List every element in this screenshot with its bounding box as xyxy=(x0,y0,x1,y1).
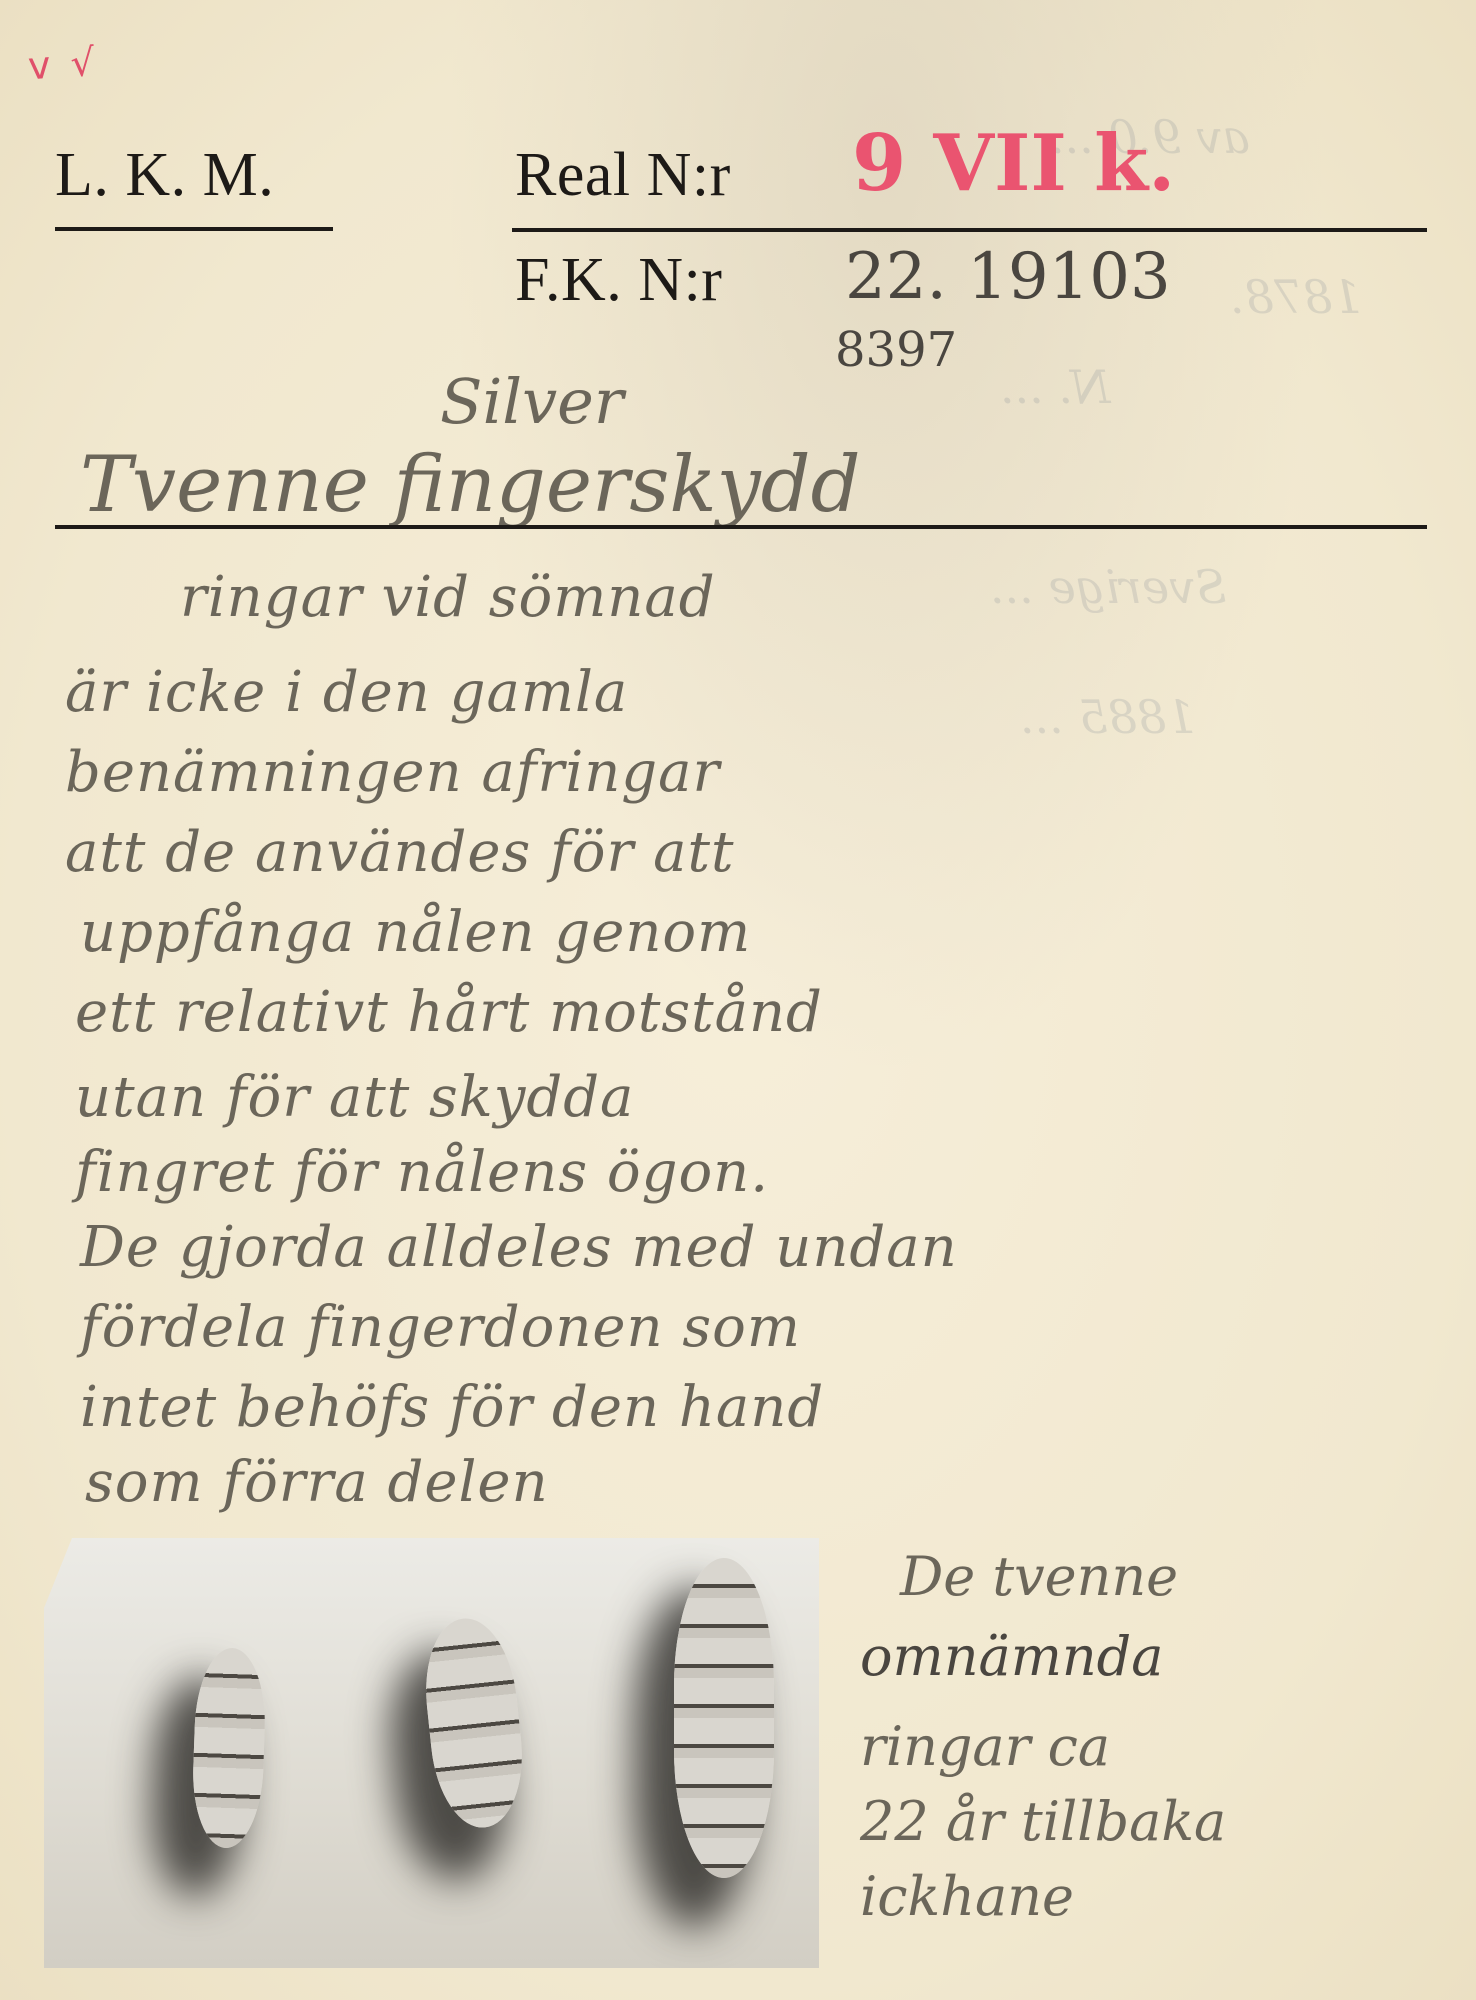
fk-nr-value: 22. 19103 xyxy=(845,240,1171,314)
bleed-through-text: 1885 ... xyxy=(1020,690,1196,744)
body-line: att de användes för att xyxy=(65,820,734,885)
body-line: ett relativt hårt motstånd xyxy=(75,980,823,1045)
body-line: benämningen afringar xyxy=(65,740,720,805)
body-line: ringar vid sömnad xyxy=(180,565,716,630)
catalogue-card: v √ av 9.0 ... 1878. N. ... Sverige ... … xyxy=(0,0,1476,2000)
bleed-through-text: Sverige ... xyxy=(990,560,1227,614)
material-heading: Silver xyxy=(440,365,624,438)
fk-nr-label: F.K. N:r xyxy=(515,245,722,316)
body-line: fördela fingerdonen som xyxy=(80,1295,801,1360)
body-line: fingret för nålens ögon. xyxy=(75,1140,769,1205)
attached-photograph: Photograph of three silver finger protec… xyxy=(44,1538,819,1968)
body-line: är icke i den gamla xyxy=(65,660,628,725)
bleed-through-text: N. ... xyxy=(1000,360,1110,414)
body-line: uppfånga nålen genom xyxy=(80,900,751,965)
red-check-marks: v √ xyxy=(27,40,101,89)
header-rule xyxy=(512,228,1427,232)
side-note-line: omnämnda xyxy=(860,1625,1163,1688)
body-line: som förra delen xyxy=(85,1450,549,1515)
object-name-heading: Tvenne fingerskydd xyxy=(80,440,861,530)
finger-protector-3 xyxy=(674,1558,774,1878)
real-nr-label: Real N:r xyxy=(515,140,731,211)
side-note-line: 22 år tillbaka xyxy=(860,1790,1226,1853)
bleed-through-text: 1878. xyxy=(1230,270,1362,324)
finger-protector-2 xyxy=(418,1614,529,1832)
side-note-line: ickhane xyxy=(860,1865,1074,1928)
side-note-line: De tvenne xyxy=(900,1545,1178,1608)
title-rule xyxy=(55,525,1427,529)
real-nr-value: 9 VII k. xyxy=(852,118,1175,209)
museum-label-underline xyxy=(55,227,333,231)
secondary-number: 8397 xyxy=(835,322,957,378)
side-note-line: ringar ca xyxy=(860,1715,1110,1778)
finger-protector-1 xyxy=(191,1647,268,1849)
museum-label: L. K. M. xyxy=(55,140,274,211)
body-line: De gjorda alldeles med undan xyxy=(80,1215,958,1280)
body-line: utan för att skydda xyxy=(75,1065,634,1130)
body-line: intet behöfs för den hand xyxy=(80,1375,824,1440)
